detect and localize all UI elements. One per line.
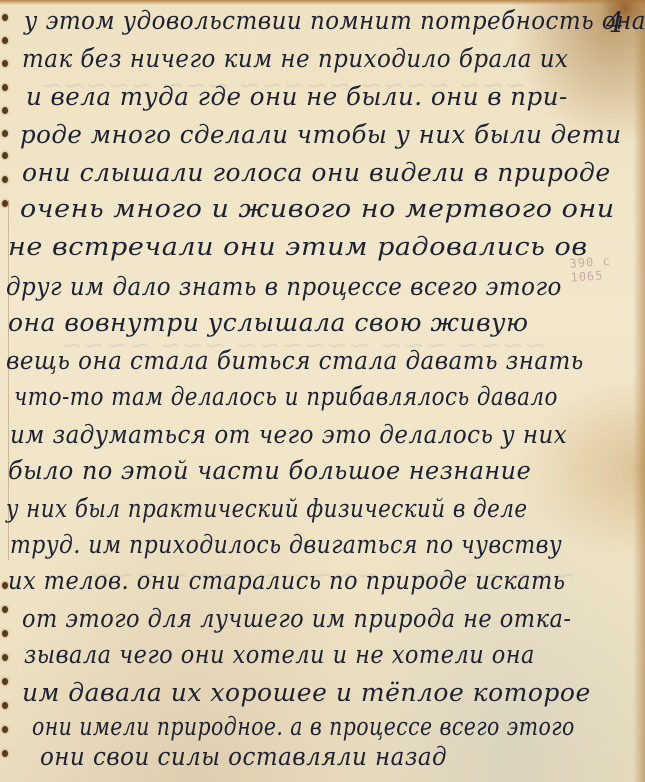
text-line: она вовнутри услышала свою живую <box>8 308 529 337</box>
text-line: у них был практический физический в деле <box>6 494 528 523</box>
text-line: зывала чего они хотели и не хотели она <box>24 640 535 669</box>
text-line: труд. им приходилось двигаться по чувств… <box>10 530 562 559</box>
text-line: им задуматься от чего это делалось у них <box>10 420 567 449</box>
text-line: вещь она стала биться стала давать знать <box>6 346 584 375</box>
text-line: не встречали они этим радовались ов <box>8 232 588 261</box>
text-line: они имели природное. а в процессе всего … <box>32 712 575 741</box>
text-line: им давала их хорошее и тёплое которое <box>22 678 591 707</box>
text-line: от этого для лучшего им природа не отка- <box>22 604 571 633</box>
text-line: они слышали голоса они видели в природе <box>22 158 611 187</box>
handwritten-text: у этом удовольствии помнит потребность о… <box>0 0 645 782</box>
text-line: что-то там делалось и прибавлялось давал… <box>14 382 558 411</box>
text-line: было по этой части большое незнание <box>8 456 531 485</box>
text-line: и вела туда где они не были. они в при- <box>26 82 568 111</box>
text-line: так без ничего ким не приходило брала их <box>22 44 568 73</box>
text-line: у этом удовольствии помнит потребность о… <box>24 6 645 35</box>
text-line: друг им дало знать в процессе всего этог… <box>6 272 562 301</box>
text-line: роде много сделали чтобы у них были дети <box>20 120 622 149</box>
text-line: они свои силы оставляли назад <box>40 742 447 771</box>
notebook-page: ~~~ ~~~~ ~~~~~ ~~~ ~~~~~ ~~~~ ~~~ ~~~~~~… <box>0 0 645 782</box>
text-line: очень много и живого но мертвого они <box>20 194 615 223</box>
text-line: их телов. они старались по природе искат… <box>8 566 565 595</box>
